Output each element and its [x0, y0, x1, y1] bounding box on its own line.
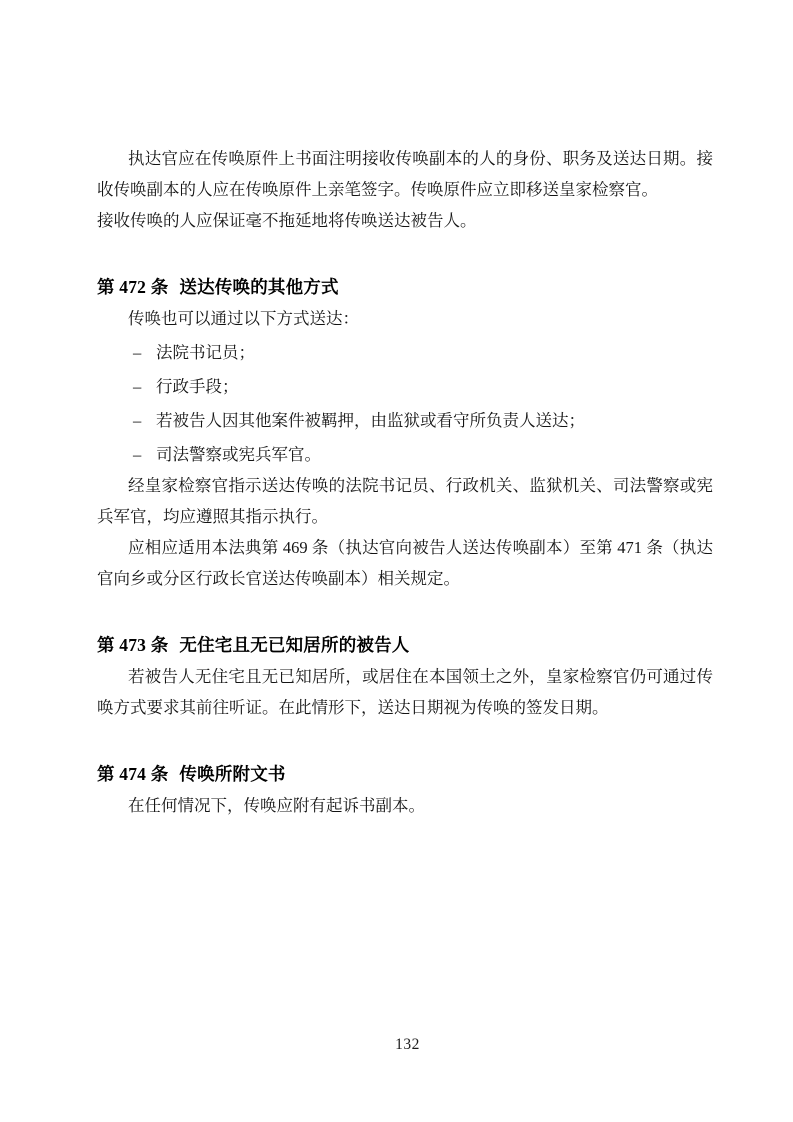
article-title: 传唤所附文书: [179, 764, 285, 784]
dash-list: – 法院书记员； – 行政手段； – 若被告人因其他案件被羁押，由监狱或看守所负…: [97, 337, 713, 470]
section-heading-472: 第 472 条送达传唤的其他方式: [97, 272, 713, 303]
list-item-text: 行政手段；: [156, 377, 239, 396]
list-item: – 法院书记员；: [97, 337, 713, 368]
body-paragraph: 在任何情况下，传唤应附有起诉书副本。: [97, 790, 713, 821]
document-page: 执达官应在传唤原件上书面注明接收传唤副本的人的身份、职务及送达日期。接收传唤副本…: [0, 0, 793, 1122]
list-item: – 司法警察或宪兵军官。: [97, 439, 713, 470]
dash-marker: –: [133, 371, 141, 402]
dash-marker: –: [133, 439, 141, 470]
body-paragraph: 若被告人无住宅且无已知居所，或居住在本国领土之外，皇家检察官仍可通过传唤方式要求…: [97, 661, 713, 723]
article-title: 送达传唤的其他方式: [179, 277, 338, 297]
page-number: 132: [0, 1036, 793, 1054]
list-item: – 若被告人因其他案件被羁押，由监狱或看守所负责人送达；: [97, 405, 713, 436]
page-content: 执达官应在传唤原件上书面注明接收传唤副本的人的身份、职务及送达日期。接收传唤副本…: [97, 143, 713, 821]
section-lead-paragraph: 传唤也可以通过以下方式送达：: [97, 303, 713, 334]
list-item-text: 若被告人因其他案件被羁押，由监狱或看守所负责人送达；: [156, 411, 585, 430]
intro-note-line: 接收传唤的人应保证毫不拖延地将传唤送达被告人。: [97, 205, 713, 236]
intro-paragraph: 执达官应在传唤原件上书面注明接收传唤副本的人的身份、职务及送达日期。接收传唤副本…: [97, 143, 713, 205]
article-number: 第 473 条: [97, 635, 168, 655]
list-item-text: 法院书记员；: [156, 343, 255, 362]
section-heading-473: 第 473 条无住宅且无已知居所的被告人: [97, 630, 713, 661]
article-number: 第 472 条: [97, 277, 168, 297]
dash-marker: –: [133, 337, 141, 368]
section-heading-474: 第 474 条传唤所附文书: [97, 759, 713, 790]
list-item: – 行政手段；: [97, 371, 713, 402]
dash-marker: –: [133, 405, 141, 436]
article-number: 第 474 条: [97, 764, 168, 784]
article-title: 无住宅且无已知居所的被告人: [179, 635, 409, 655]
list-item-text: 司法警察或宪兵军官。: [156, 445, 321, 464]
body-paragraph: 经皇家检察官指示送达传唤的法院书记员、行政机关、监狱机关、司法警察或宪兵军官，均…: [97, 470, 713, 532]
body-paragraph: 应相应适用本法典第 469 条（执达官向被告人送达传唤副本）至第 471 条（执…: [97, 532, 713, 594]
